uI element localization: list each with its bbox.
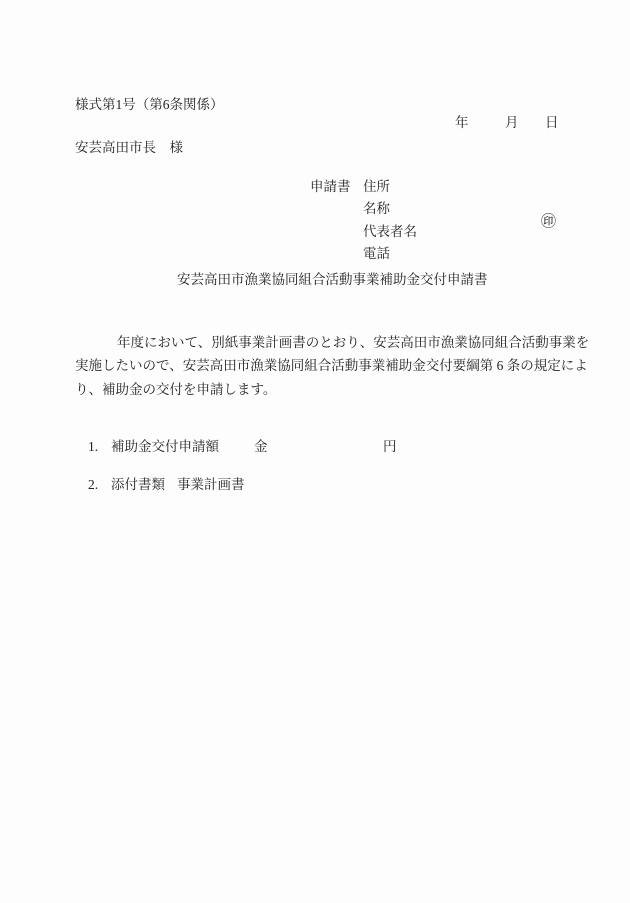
- addressee: 安芸高田市長 様: [75, 136, 183, 159]
- document-page: 様式第1号（第6条関係） 年 月 日 安芸高田市長 様 申請書住所 名称 代表者…: [0, 0, 630, 903]
- body-line-1: 年度において、別紙事業計画書のとおり、安芸高田市漁業協同組合活動事業を: [75, 331, 595, 354]
- document-title: 安芸高田市漁業協同組合活動事業補助金交付申請書: [177, 268, 488, 291]
- fiscal-year-fill-area[interactable]: [75, 336, 117, 351]
- item-2-value: 事業計画書: [177, 473, 245, 496]
- seal-mark-icon: ㊞: [541, 214, 556, 231]
- date-line: 年 月 日: [0, 111, 630, 134]
- name-fill-area[interactable]: [390, 203, 555, 218]
- applicant-row-phone: 電話: [310, 243, 555, 265]
- month-label: 月: [505, 111, 519, 134]
- day-fill-area[interactable]: [522, 114, 542, 131]
- currency-suffix: 円: [383, 435, 397, 458]
- item-2-label: 添付書類: [111, 473, 165, 496]
- applicant-row-name: 名称: [310, 198, 555, 220]
- field-label-representative: 代表者名: [363, 224, 417, 239]
- applicant-row-representative: 代表者名: [310, 221, 555, 243]
- day-label: 日: [545, 111, 559, 134]
- phone-fill-area[interactable]: [390, 248, 555, 263]
- applicant-heading: 申請書: [310, 176, 363, 198]
- representative-fill-area[interactable]: [417, 225, 527, 240]
- currency-prefix: 金: [254, 435, 268, 458]
- year-fill-area[interactable]: [403, 114, 451, 131]
- applicant-block: 申請書住所 名称 代表者名 電話: [310, 176, 555, 266]
- body-line-1-text: 年度において、別紙事業計画書のとおり、安芸高田市漁業協同組合活動事業を: [117, 335, 589, 350]
- item-1-label: 補助金交付申請額: [111, 435, 219, 458]
- item-1-number: 1.: [88, 435, 98, 458]
- amount-fill-area[interactable]: [272, 438, 378, 455]
- item-row-amount: 1. 補助金交付申請額 金 円: [0, 435, 630, 458]
- month-fill-area[interactable]: [472, 114, 502, 131]
- item-2-number: 2.: [88, 473, 98, 496]
- field-label-phone: 電話: [363, 246, 390, 261]
- item-row-attachments: 2. 添付書類 事業計画書: [0, 473, 630, 496]
- address-fill-area[interactable]: [390, 180, 555, 195]
- body-line-3: り、補助金の交付を申請します。: [75, 378, 595, 401]
- field-label-name: 名称: [363, 201, 390, 216]
- year-label: 年: [455, 111, 469, 134]
- field-label-address: 住所: [363, 179, 390, 194]
- applicant-row-address: 申請書住所: [310, 176, 555, 198]
- body-paragraph: 年度において、別紙事業計画書のとおり、安芸高田市漁業協同組合活動事業を 実施した…: [75, 331, 595, 401]
- body-line-2: 実施したいので、安芸高田市漁業協同組合活動事業補助金交付要綱第 6 条の規定によ: [75, 354, 595, 377]
